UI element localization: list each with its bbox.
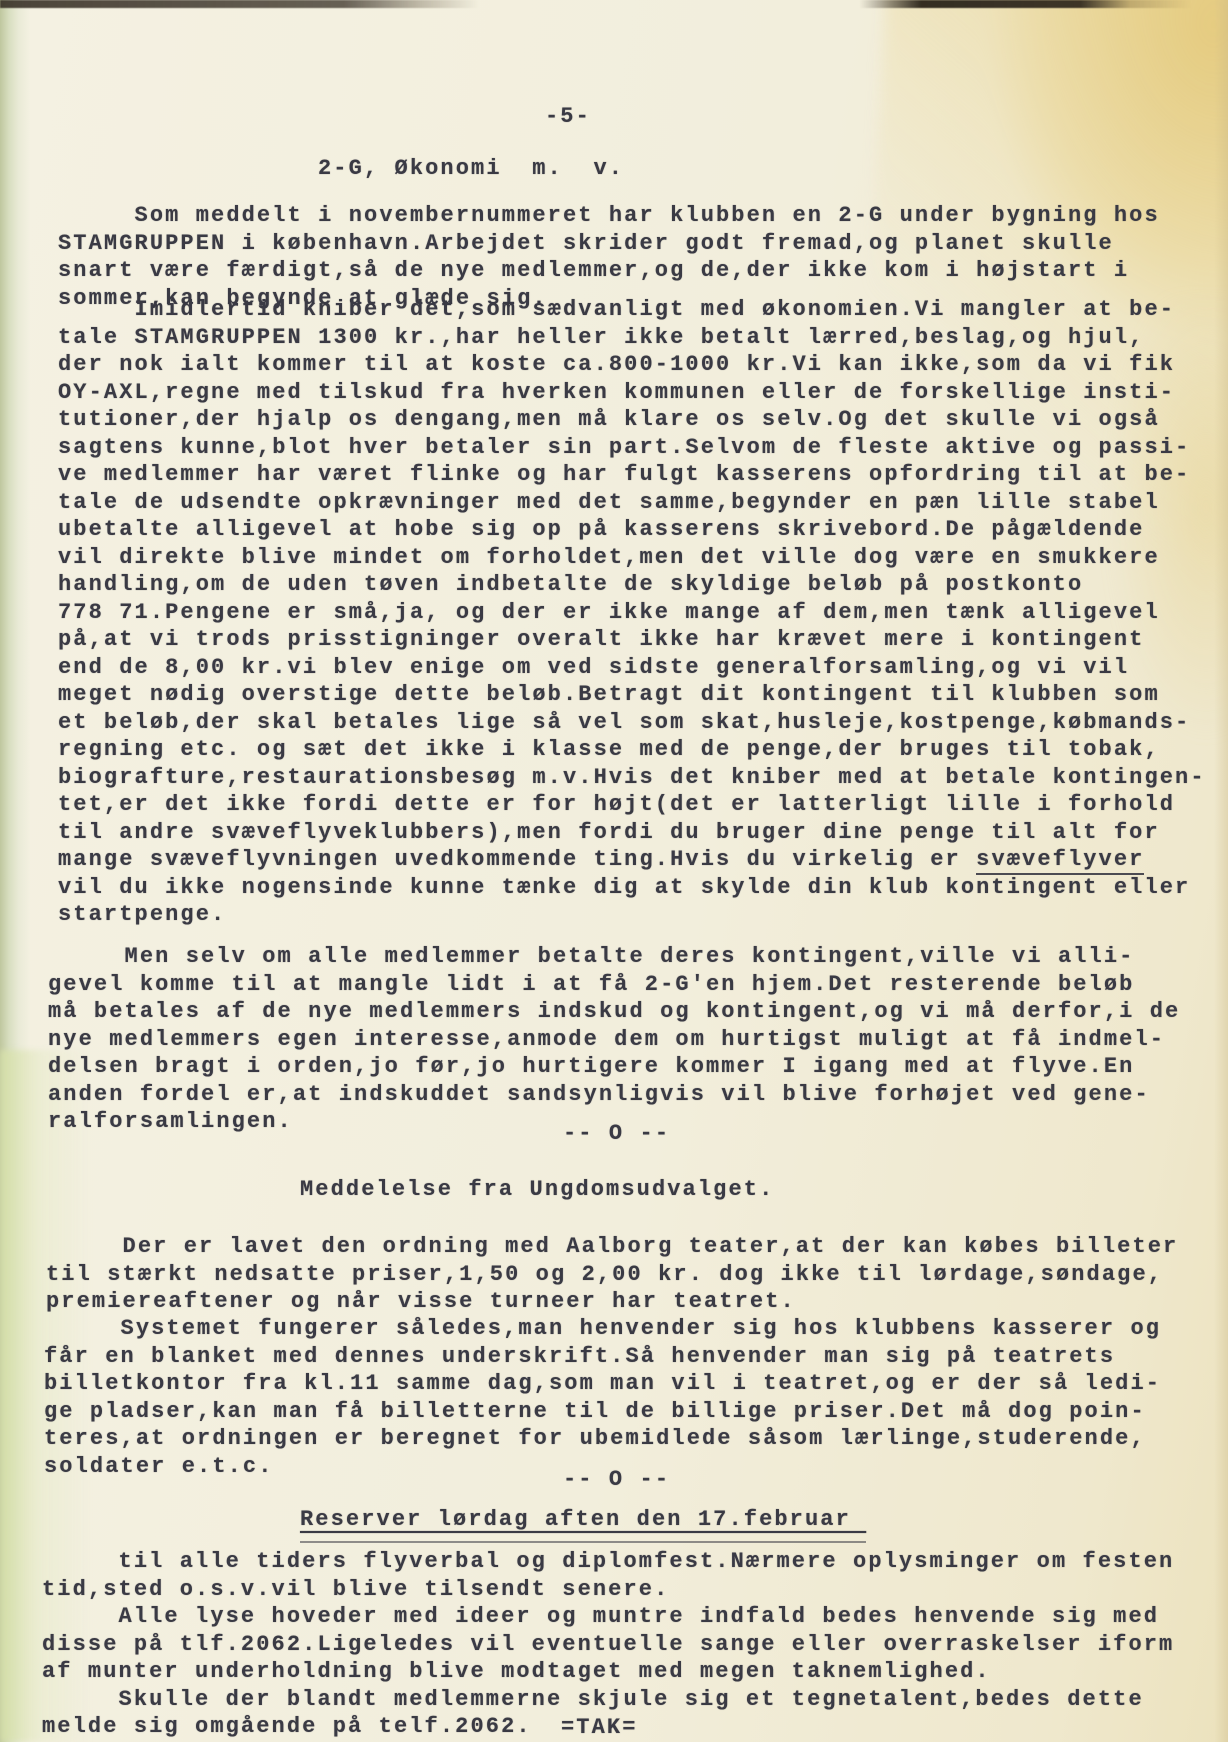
paragraph-party-info: til alle tiders flyverbal og diplomfest.… bbox=[42, 1548, 1174, 1741]
section-title-youth-committee: Meddelelse fra Ungdomsudvalget. bbox=[300, 1176, 774, 1204]
scanned-typewritten-page: -5- 2-G, Økonomi m. v. Som meddelt i nov… bbox=[0, 0, 1228, 1742]
scan-edge-left-strip bbox=[0, 0, 30, 1742]
page-number: -5- bbox=[545, 103, 591, 131]
paragraph-text: vil du ikke nogensinde kunne tænke dig a… bbox=[58, 875, 1190, 928]
underlined-heading: Reserver lørdag aften den 17.februar bbox=[300, 1506, 866, 1543]
paragraph-economy: Imidlertid kniber det,som sædvanligt med… bbox=[58, 296, 1206, 929]
paragraph-theatre-offer: Der er lavet den ordning med Aalborg tea… bbox=[46, 1233, 1178, 1316]
section-divider: -- O -- bbox=[563, 1120, 670, 1148]
paragraph-theatre-system: Systemet fungerer således,man henvender … bbox=[44, 1315, 1161, 1480]
section-divider: -- O -- bbox=[563, 1466, 670, 1494]
section-title-party-date: Reserver lørdag aften den 17.februar bbox=[300, 1506, 866, 1543]
scan-edge-top-line bbox=[0, 0, 1228, 8]
footer-mark: =TAK= bbox=[561, 1714, 638, 1742]
scan-edge-right-shade bbox=[1214, 0, 1228, 1742]
underlined-emphasis: svæveflyver bbox=[976, 847, 1144, 875]
paragraph-new-members: Men selv om alle medlemmer betalte deres… bbox=[48, 943, 1180, 1136]
paragraph-text: Imidlertid kniber det,som sædvanligt med… bbox=[58, 297, 1206, 872]
section-title-economy: 2-G, Økonomi m. v. bbox=[318, 155, 624, 183]
